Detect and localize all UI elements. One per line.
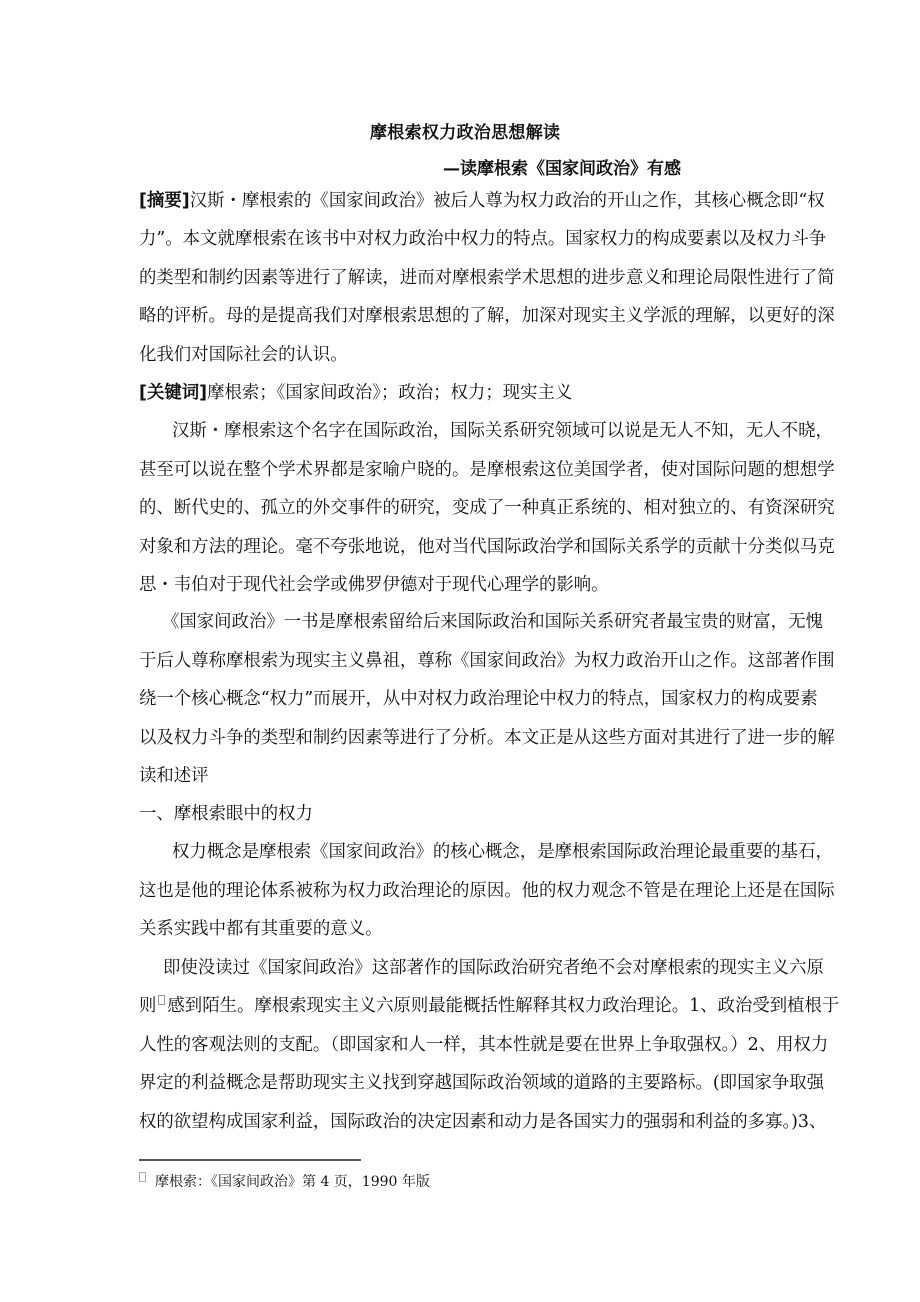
- paragraph-line: 读和述评: [139, 765, 782, 787]
- footnote-text: 摩根索：《国家间政治》第 4 页，1990 年版: [155, 1174, 430, 1190]
- paragraph-line: 于后人尊称摩根索为现实主义鼻祖，尊称《国家间政治》为权力政治开山之作。这部著作围: [139, 650, 782, 672]
- footnote-marker-icon: [139, 1172, 146, 1182]
- paragraph-line: 界定的利益概念是帮助现实主义找到穿越国际政治领域的道路的主要路标。(即国家争取强: [139, 1072, 782, 1094]
- paragraph-line: 关系实践中都有其重要的意义。: [139, 918, 782, 940]
- section-heading: 一、摩根索眼中的权力: [139, 803, 782, 825]
- paragraph-line: 人性的客观法则的支配。（即国家和人一样，其本性就是要在世界上争取强权。）2、用权…: [139, 1034, 782, 1056]
- paragraph-line: 思・韦伯对于现代社会学或佛罗伊德对于现代心理学的影响。: [139, 574, 782, 596]
- abstract-line: 化我们对国际社会的认识。: [139, 344, 782, 366]
- document-title: 摩根索权力政治思想解读: [370, 118, 560, 143]
- document-subtitle: —读摩根索《国家间政治》有感: [443, 154, 681, 179]
- paragraph-line: 汉斯・摩根索这个名字在国际政治，国际关系研究领域可以说是无人不知，无人不晓，: [172, 420, 782, 442]
- paragraph-line: 对象和方法的理论。毫不夸张地说，他对当代国际政治学和国际关系学的贡献十分类似马克: [139, 536, 782, 558]
- paragraph-line: 以及权力斗争的类型和制约因素等进行了分析。本文正是从这些方面对其进行了进一步的解: [139, 727, 782, 749]
- paragraph-line: 甚至可以说在整个学术界都是家喻户晓的。是摩根索这位美国学者，使对国际问题的想想学: [139, 459, 782, 481]
- document-page: 摩根索权力政治思想解读 —读摩根索《国家间政治》有感 [摘要]汉斯・摩根索的《国…: [0, 0, 920, 1302]
- footnote: 摩根索：《国家间政治》第 4 页，1990 年版: [139, 1171, 430, 1191]
- abstract-line: 力”。本文就摩根索在该书中对权力政治中权力的特点。国家权力的构成要素以及权力斗争: [139, 228, 782, 250]
- abstract-line: 略的评析。母的是提高我们对摩根索思想的了解，加深对现实主义学派的理解，以更好的深: [139, 305, 782, 327]
- paragraph-line: 即使没读过《国家间政治》这部著作的国际政治研究者绝不会对摩根索的现实主义六原: [163, 957, 782, 979]
- paragraph-line: 则感到陌生。摩根索现实主义六原则最能概括性解释其权力政治理论。1、政治受到植根于: [139, 995, 782, 1017]
- abstract-label: [摘要]: [139, 191, 190, 211]
- footnote-reference-icon[interactable]: [158, 995, 165, 1005]
- paragraph-line: 《国家间政治》一书是摩根索留给后来国际政治和国际关系研究者最宝贵的财富，无愧: [162, 611, 782, 633]
- keywords-line: [关键词]摩根索；《国家间政治》；政治；权力；现实主义: [139, 382, 782, 404]
- keywords-label: [关键词]: [139, 383, 207, 403]
- abstract-line: [摘要]汉斯・摩根索的《国家间政治》被后人尊为权力政治的开山之作，其核心概念即“…: [139, 190, 782, 212]
- paragraph-line: 权力概念是摩根索《国家间政治》的核心概念，是摩根索国际政治理论最重要的基石，: [172, 841, 782, 863]
- paragraph-line: 权的欲望构成国家利益，国际政治的决定因素和动力是各国实力的强弱和利益的多寡。)3…: [139, 1111, 782, 1133]
- abstract-line: 的类型和制约因素等进行了解读，进而对摩根索学术思想的进步意义和理论局限性进行了简: [139, 267, 782, 289]
- paragraph-line: 绕一个核心概念“权力”而展开，从中对权力政治理论中权力的特点，国家权力的构成要素: [139, 688, 782, 710]
- paragraph-line: 这也是他的理论体系被称为权力政治理论的原因。他的权力观念不管是在理论上还是在国际: [139, 880, 782, 902]
- footnote-separator: [139, 1159, 361, 1161]
- paragraph-line: 的、断代史的、孤立的外交事件的研究，变成了一种真正系统的、相对独立的、有资深研究: [139, 497, 782, 519]
- keywords-text: 摩根索；《国家间政治》；政治；权力；现实主义: [207, 383, 572, 403]
